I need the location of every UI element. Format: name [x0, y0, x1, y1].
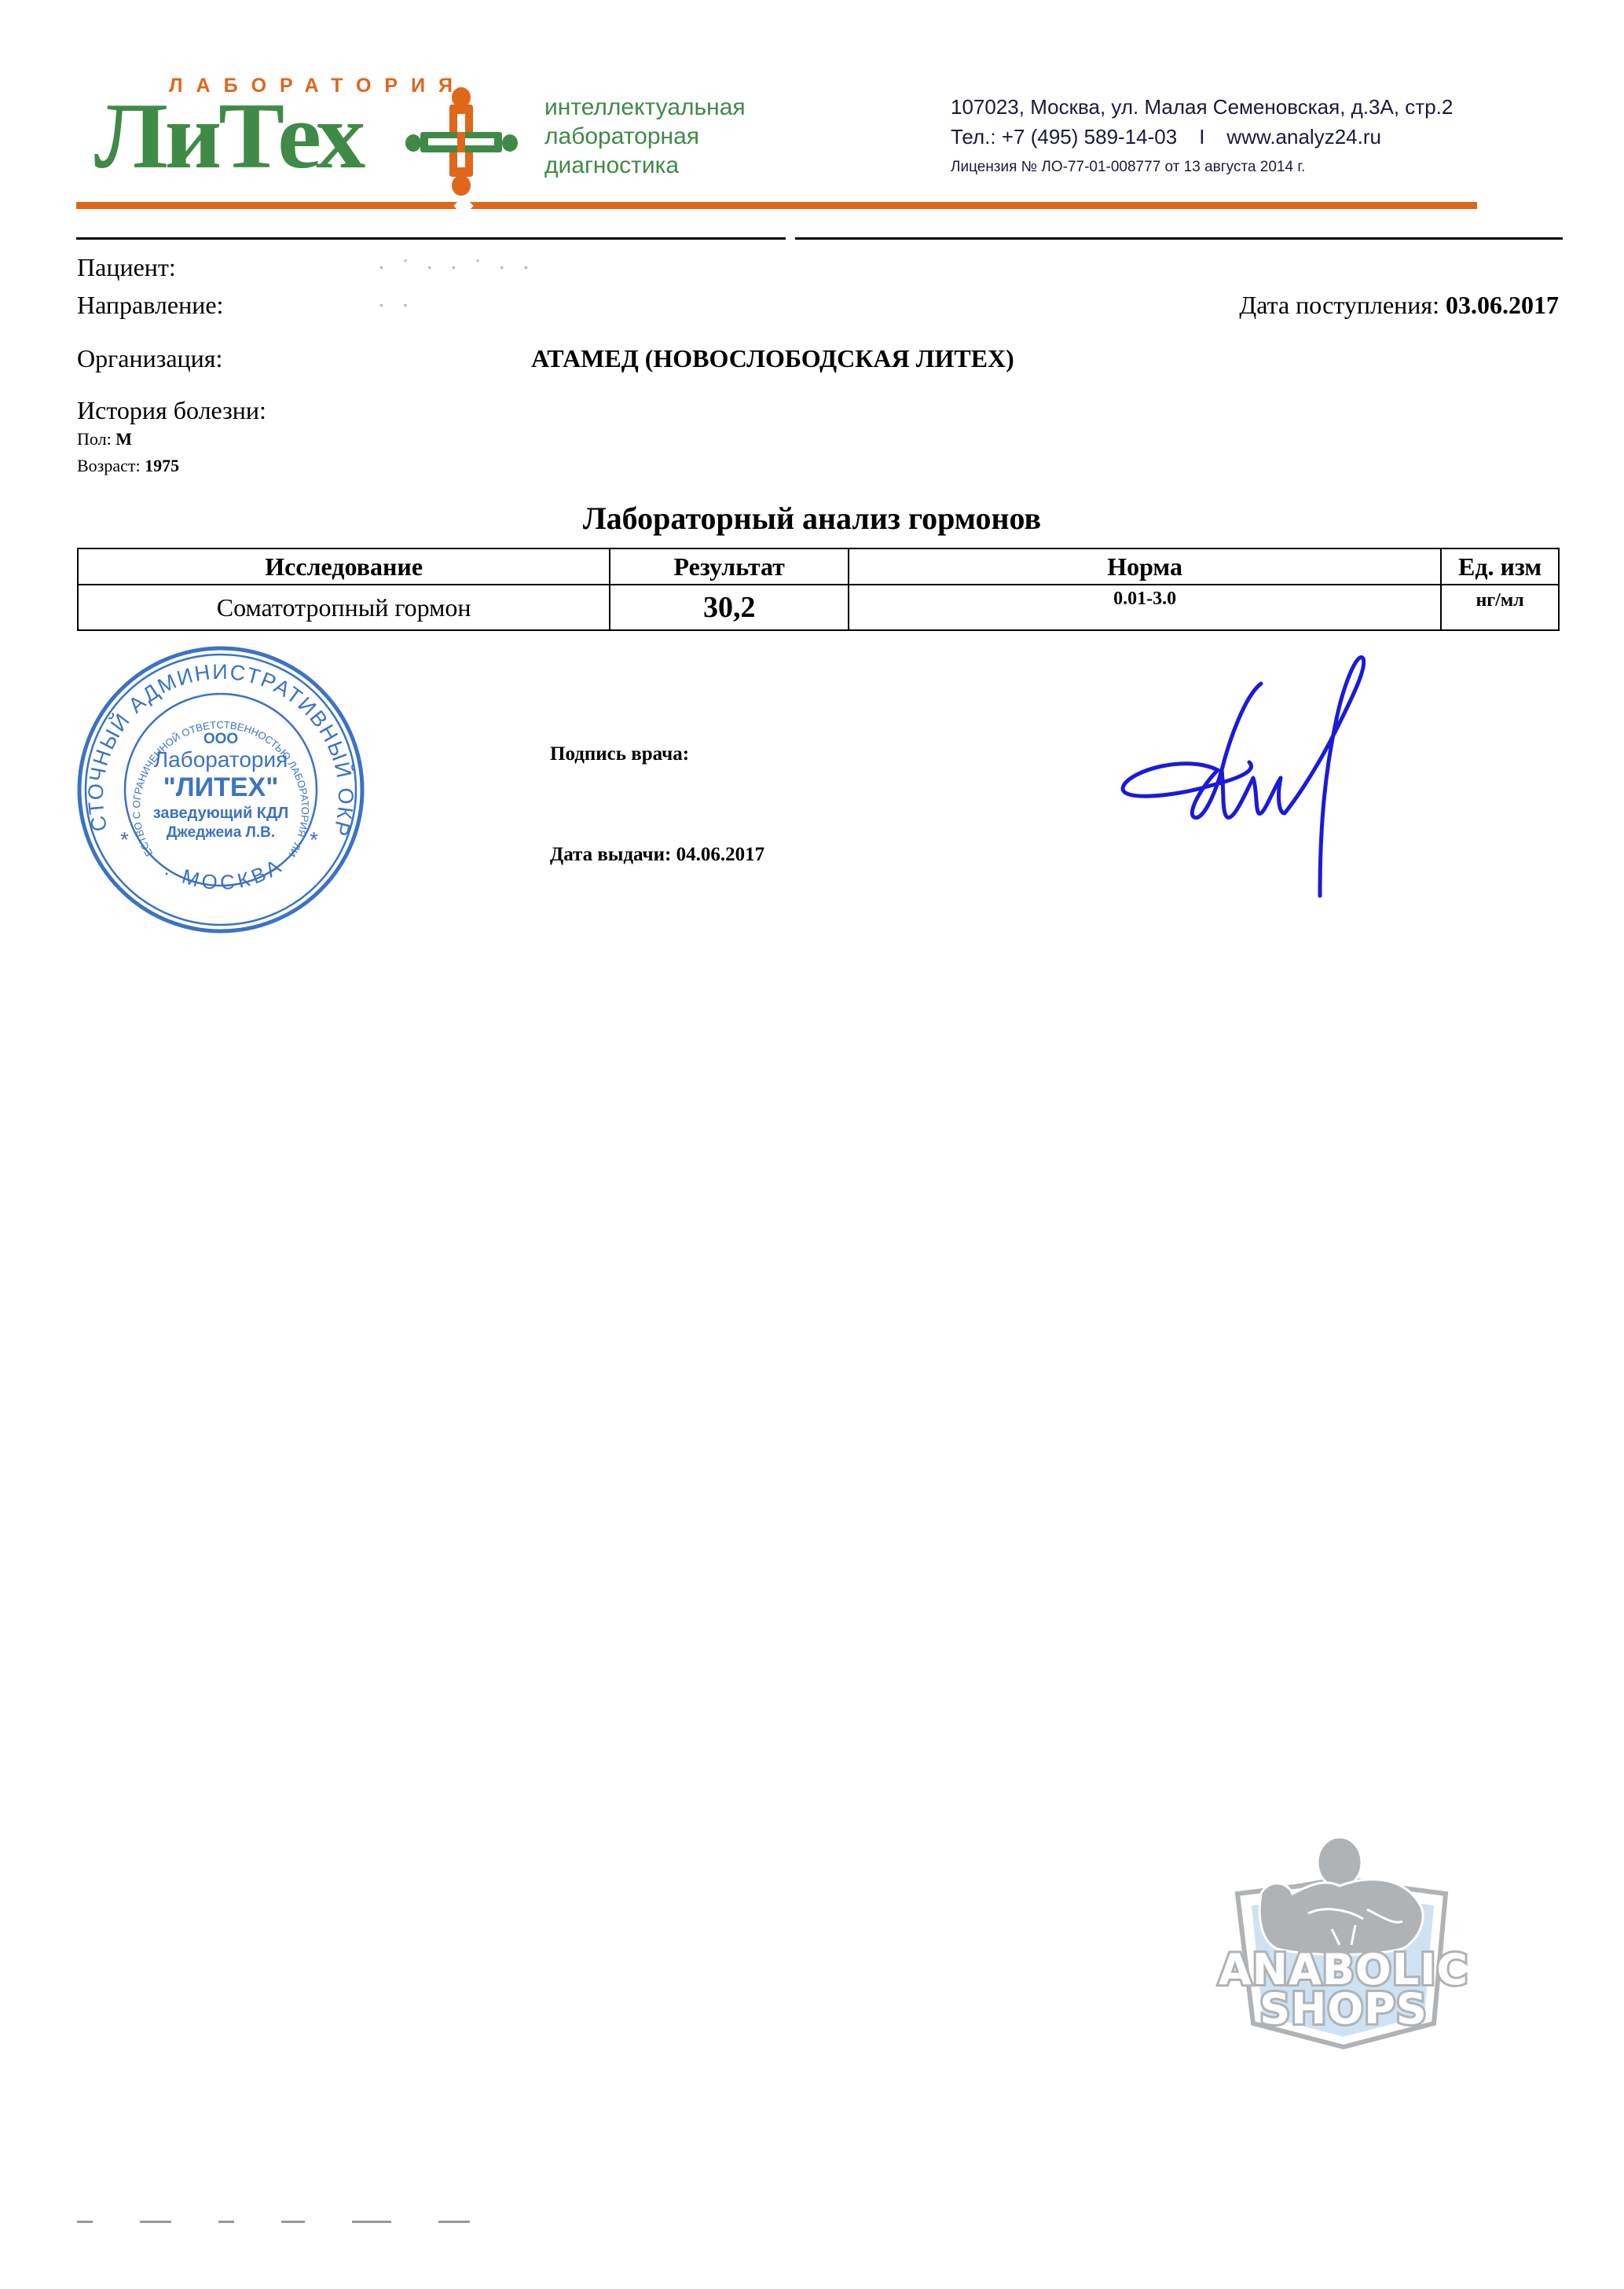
- logo-cross-dot-icon: [405, 134, 421, 152]
- sex-label: Пол:: [77, 429, 112, 449]
- anabolic-shops-watermark: ANABOLIC SHOPS: [1214, 1831, 1473, 2059]
- study-cell: Соматотропный гормон: [78, 585, 610, 630]
- received-date-label: Дата поступления:: [1239, 291, 1439, 319]
- column-header-result: Результат: [610, 548, 849, 585]
- doctor-signature-icon: [1084, 652, 1414, 904]
- organization-label: Организация:: [77, 344, 222, 372]
- tagline-line: интеллектуальная: [544, 93, 746, 122]
- logo-lab-word: ЛАБОРАТОРИЯ: [169, 75, 466, 97]
- lab-website-link[interactable]: www.analyz24.ru: [1226, 125, 1381, 149]
- organization-value: АТАМЕД (НОВОСЛОБОДСКАЯ ЛИТЕХ): [531, 344, 1014, 372]
- result-cell: 30,2: [610, 585, 849, 630]
- stamp-litex: "ЛИТЕХ": [163, 772, 279, 803]
- column-header-study: Исследование: [78, 548, 610, 585]
- table-row: Соматотропный гормон 30,2 0.01-3.0 нг/мл: [78, 585, 1559, 630]
- lab-address: 107023, Москва, ул. Малая Семеновская, д…: [951, 93, 1453, 121]
- tagline-line: диагностика: [544, 151, 746, 180]
- stamp-center-text: ООО Лаборатория "ЛИТЕХ" заведующий КДЛ Д…: [75, 644, 366, 935]
- column-header-unit: Ед. изм: [1441, 548, 1559, 585]
- history-label: История болезни:: [77, 396, 266, 424]
- issue-date-label: Дата выдачи:: [550, 844, 671, 865]
- header-divider: [76, 237, 786, 240]
- doctor-signature-label: Подпись врача:: [550, 743, 689, 765]
- logo-brand-text: ЛиТех: [94, 89, 362, 183]
- table-header-row: Исследование Результат Норма Ед. изм: [78, 548, 1559, 585]
- stamp-head: заведующий КДЛ: [153, 803, 289, 824]
- issue-date-line: Дата выдачи: 04.06.2017: [550, 844, 764, 866]
- referral-redacted: · ·: [377, 291, 414, 319]
- lab-stamp: ВОСТОЧНЫЙ АДМИНИСТРАТИВНЫЙ ОКРУГ ОБЩЕСТВ…: [75, 644, 366, 935]
- stamp-name: Джеджеиа Л.В.: [167, 824, 275, 842]
- age-label: Возраст:: [77, 456, 141, 475]
- received-date-line: Дата поступления: 03.06.2017: [1239, 291, 1559, 319]
- age-line: Возраст: 1975: [77, 456, 179, 476]
- header-orange-rule: [76, 202, 1477, 209]
- norm-cell: 0.01-3.0: [849, 585, 1441, 630]
- litex-logo: ЛиТех ЛАБОРАТОРИЯ: [94, 75, 534, 200]
- lab-tagline: интеллектуальная лабораторная диагностик…: [544, 93, 746, 180]
- contact-separator: I: [1199, 123, 1204, 151]
- report-title: Лабораторный анализ гормонов: [0, 501, 1624, 537]
- footer-redacted: [77, 2214, 784, 2230]
- stamp-ooo: ООО: [203, 731, 238, 748]
- lab-contacts: 107023, Москва, ул. Малая Семеновская, д…: [951, 93, 1453, 179]
- watermark-line2: SHOPS: [1214, 1984, 1473, 2034]
- header-divider: [795, 237, 1563, 240]
- issue-date-value: 04.06.2017: [676, 844, 765, 865]
- received-date-value: 03.06.2017: [1446, 291, 1559, 319]
- referral-label: Направление:: [77, 291, 223, 319]
- lab-phone: Тел.: +7 (495) 589-14-03: [951, 125, 1177, 149]
- age-value: 1975: [145, 456, 179, 475]
- stamp-lab: Лаборатория: [154, 748, 288, 772]
- sex-line: Пол: М: [77, 429, 132, 449]
- tagline-line: лабораторная: [544, 122, 746, 151]
- patient-name-redacted: · ˙ · · ˙ · ·: [377, 253, 535, 281]
- logo-cross-dot-icon: [452, 175, 471, 196]
- lab-phone-line: Тел.: +7 (495) 589-14-03Iwww.analyz24.ru: [951, 123, 1453, 151]
- sex-value: М: [115, 429, 132, 449]
- lab-license: Лицензия № ЛО-77-01-008777 от 13 августа…: [951, 156, 1453, 179]
- logo-cross-overlap: [457, 132, 465, 152]
- patient-label: Пациент:: [77, 253, 176, 281]
- results-table: Исследование Результат Норма Ед. изм Сом…: [77, 548, 1560, 631]
- logo-cross-dot-icon: [502, 134, 518, 152]
- column-header-norm: Норма: [849, 548, 1441, 585]
- unit-cell: нг/мл: [1441, 585, 1559, 630]
